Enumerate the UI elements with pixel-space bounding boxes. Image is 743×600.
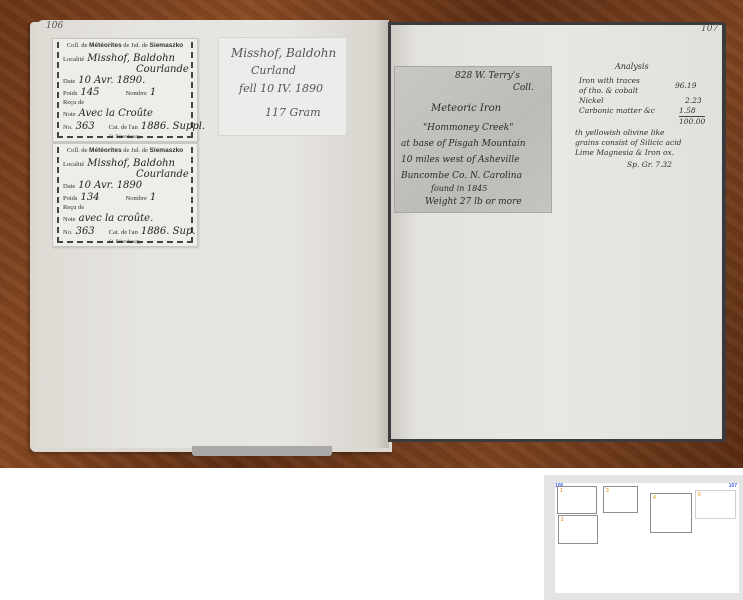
page-tab: [192, 446, 332, 456]
label-header: Coll. de Météorites de Jul. de Siemaszko: [61, 42, 189, 49]
date-value: 10 Avr. 1890.: [78, 75, 145, 86]
left-page-number: 106: [46, 21, 63, 31]
minimap-canvas: 106 107 1 2 3 4 5: [555, 483, 739, 593]
scanned-book-photo: 106 107 Coll. de Météorites de Jul. de S…: [0, 0, 743, 468]
minimap-region-4[interactable]: 4: [650, 493, 692, 533]
minimap-region-2[interactable]: 2: [558, 515, 598, 544]
minimap-region-1[interactable]: 1: [557, 486, 597, 514]
handwritten-note-hommoney-creek: 828 W. Terry's Coll. Meteoric Iron "Homm…: [394, 66, 552, 213]
analysis-notes: Analysis Iron with traces of tho. & coba…: [575, 62, 725, 172]
right-page-number: 107: [701, 24, 718, 34]
meteorite-label-2: Coll. de Météorites de Jul. de Siemaszko…: [52, 143, 198, 247]
label-header: Coll. de Météorites de Jul. de Siemaszko: [61, 147, 189, 154]
localite-value: Misshof, Baldohn: [87, 158, 175, 169]
minimap-region-5[interactable]: 5: [695, 490, 736, 519]
date-value: 10 Avr. 1890: [78, 180, 142, 191]
minimap-page-right: 107: [729, 483, 737, 489]
minimap-region-3[interactable]: 3: [603, 486, 638, 513]
handwritten-note-misshof: Misshof, Baldohn Curland fell 10 IV. 189…: [218, 37, 347, 136]
meteorite-label-1: Coll. de Météorites de Jul. de Siemaszko…: [52, 38, 198, 142]
analysis-title: Analysis: [615, 62, 649, 71]
localite-value: Misshof, Baldohn: [87, 53, 175, 64]
layout-minimap[interactable]: 106 107 1 2 3 4 5: [544, 475, 743, 600]
